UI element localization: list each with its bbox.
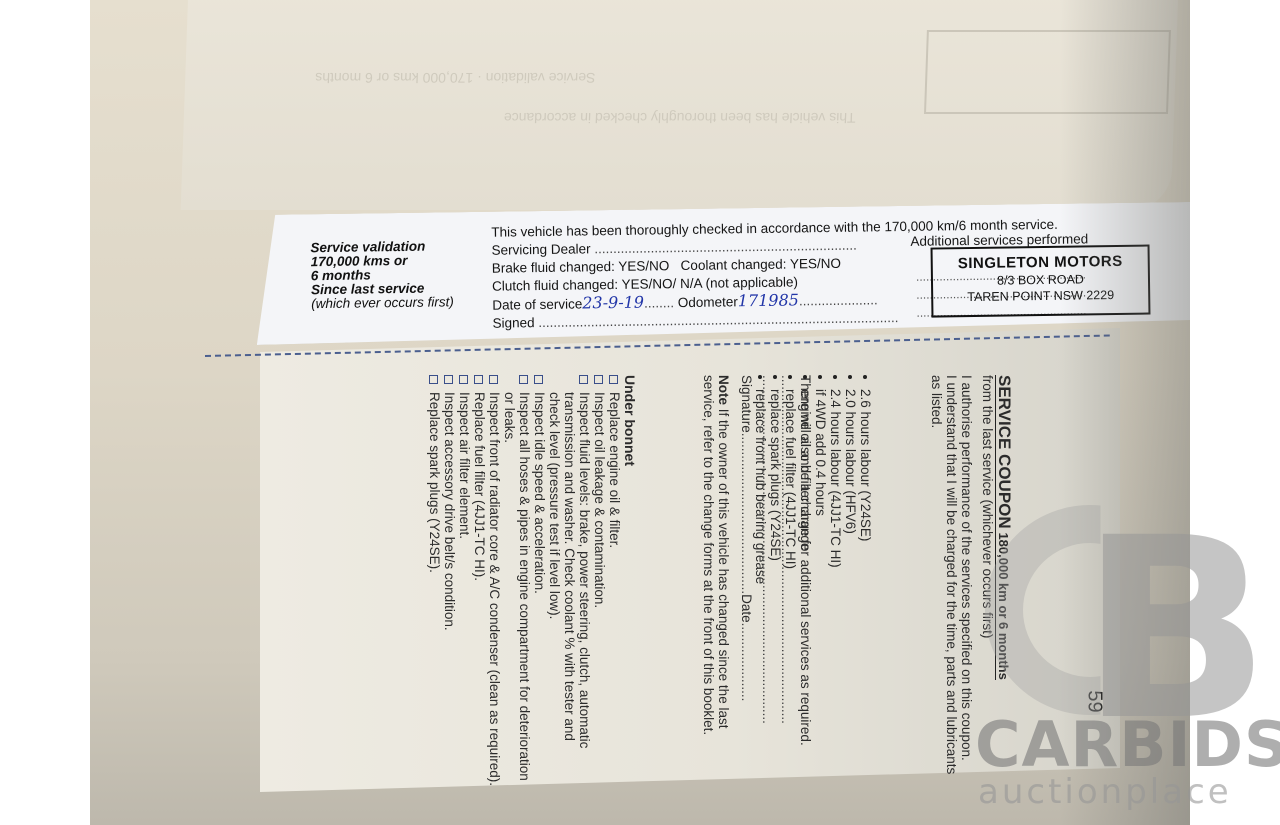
date-field[interactable]: .....................: [739, 623, 754, 702]
booklet-photo: Service validation · 170,000 kms or 6 mo…: [90, 0, 1190, 825]
date-of-service-value[interactable]: 23-9-19: [582, 293, 644, 313]
dealer-address-1: 8/3 BOX ROAD: [933, 272, 1148, 289]
note-text: If the owner of this vehicle has changed…: [716, 409, 731, 729]
checkbox[interactable]: [429, 375, 438, 384]
service-validation-slip: Service validation 170,000 kms or 6 mont…: [255, 201, 1190, 345]
checklist-item: Replace engine oil & filter.: [607, 392, 622, 548]
labour-item: if 4WD add 0.4 hours: [813, 389, 828, 516]
additional-charge-text: There will also be a charge for addition…: [798, 375, 813, 746]
bullet-icon: [833, 375, 837, 379]
checkbox[interactable]: [534, 375, 543, 384]
under-bonnet-checklist: Under bonnet Replace engine oil & filter…: [427, 375, 637, 786]
dealer-stamp: SINGLETON MOTORS 8/3 BOX ROAD TAREN POIN…: [931, 245, 1151, 318]
dealer-field[interactable]: ........................................…: [594, 238, 857, 257]
checkbox[interactable]: [489, 375, 498, 384]
checklist-item-cont: transmission and washer. Check coolant %…: [562, 375, 577, 786]
bullet-icon: [848, 375, 852, 379]
date-label: Date: [739, 594, 754, 623]
labour-item: 2.6 hours labour (Y24SE): [858, 389, 873, 541]
bullet-icon: [818, 375, 822, 379]
checklist-item: Inspect idle speed & acceleration.: [532, 392, 547, 594]
note-label: Note: [716, 375, 731, 405]
signed-field[interactable]: ........................................…: [538, 310, 898, 330]
labour-item: 2.0 hours labour (HFV6): [843, 389, 858, 534]
bullet-icon: [863, 375, 867, 379]
checklist-item: Replace spark plugs (Y24SE).: [427, 392, 442, 573]
labour-item: 2.4 hours labour (4JJ1-TC HI): [828, 389, 843, 568]
date-of-service-label: Date of service: [492, 296, 582, 312]
checklist-item: Inspect air filter element.: [457, 392, 472, 539]
checklist-item: Inspect oil leakage & contamination.: [592, 392, 607, 608]
odometer-label: Odometer: [678, 294, 738, 310]
brake-fluid-text: Brake fluid changed: YES/NO: [492, 258, 670, 275]
watermark-brand: CARBIDS: [975, 708, 1280, 781]
coolant-text: Coolant changed: YES/NO: [681, 256, 842, 273]
checklist-item: Inspect fluid levels: brake, power steer…: [577, 392, 592, 748]
checklist-item: Replace fuel filter (4JJ1-TC HI).: [472, 392, 487, 581]
coupon-title: SERVICE COUPON: [995, 375, 1014, 529]
checklist-item-cont: or leaks.: [502, 375, 517, 786]
checkbox[interactable]: [519, 375, 528, 384]
dealer-address-2: TAREN POINT NSW 2229: [933, 288, 1148, 305]
authorise-line: as listed.: [929, 375, 944, 774]
additional-services-line[interactable]: ........................................…: [779, 375, 794, 746]
signed-label: Signed: [492, 315, 534, 331]
signature-field[interactable]: ........................................…: [739, 433, 754, 594]
watermark-tagline: auctionplace: [978, 772, 1232, 812]
signature-label: Signature: [739, 375, 754, 433]
checklist-item: Inspect accessory drive belt/s condition…: [442, 392, 457, 631]
heading-note: (which ever occurs first): [311, 295, 454, 311]
validation-heading: Service validation 170,000 kms or 6 mont…: [310, 239, 453, 311]
ghost-text: This vehicle has been thoroughly checked…: [504, 110, 856, 126]
additional-services-line[interactable]: ........................................…: [760, 375, 775, 746]
ghost-text: Service validation · 170,000 kms or 6 mo…: [315, 70, 596, 86]
ghost-stamp: [924, 30, 1171, 114]
checklist-item: Inspect front of radiator core & A/C con…: [487, 392, 502, 786]
dealer-label: Servicing Dealer: [491, 241, 590, 257]
checkbox[interactable]: [579, 375, 588, 384]
checkbox[interactable]: [459, 375, 468, 384]
authorise-line: I authorise performance of the services …: [959, 375, 974, 774]
dealer-name: SINGLETON MOTORS: [933, 253, 1148, 273]
checklist-item: Inspect all hoses & pipes in engine comp…: [517, 392, 532, 781]
odometer-value[interactable]: 171985: [738, 290, 799, 310]
note-text: service, refer to the change forms at th…: [701, 375, 716, 746]
authorise-line: I understand that I will be charged for …: [944, 375, 959, 774]
signature-section: There will also be a charge for addition…: [701, 375, 813, 746]
checkbox[interactable]: [594, 375, 603, 384]
checklist-item-cont: check level (pressure test if level low)…: [547, 375, 562, 786]
previous-page: Service validation · 170,000 kms or 6 mo…: [181, 0, 1180, 210]
checkbox[interactable]: [444, 375, 453, 384]
checkbox[interactable]: [609, 375, 618, 384]
checkbox[interactable]: [474, 375, 483, 384]
section-title: Under bonnet: [622, 375, 637, 786]
